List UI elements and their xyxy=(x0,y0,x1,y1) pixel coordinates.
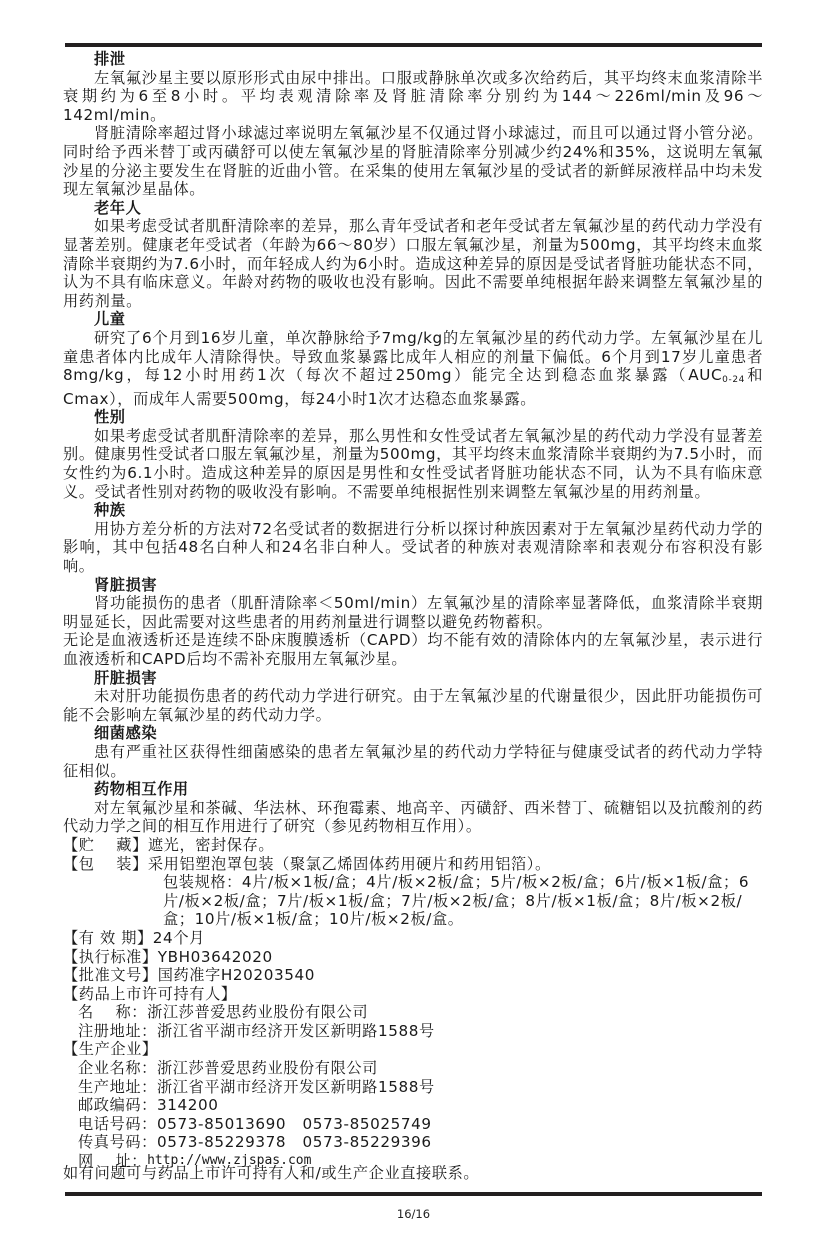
section-title-interactions: 药物相互作用 xyxy=(63,780,763,799)
kv-label: 邮政编码： xyxy=(78,1096,157,1115)
kv-label: 名 称： xyxy=(78,1003,147,1022)
field-approval: 【批准文号】 国药准字H20203540 xyxy=(63,966,763,985)
field-value: YBH03642020 xyxy=(158,948,763,967)
field-label: 【包 装】 xyxy=(63,855,148,874)
kv-value: 浙江莎普爱思药业股份有限公司 xyxy=(157,1059,378,1078)
paragraph: 无论是血液透析还是连续不卧床腹膜透析（CAPD）均不能有效的清除体内的左氧氟沙星… xyxy=(63,631,763,668)
text: 研究了6个月到16岁儿童，单次静脉给予7mg/kg的左氧氟沙星的药代动力学。左氧… xyxy=(63,329,763,384)
field-value: 遮光，密封保存。 xyxy=(148,836,763,855)
kv-label: 电话号码： xyxy=(78,1115,157,1134)
section-title-elderly: 老年人 xyxy=(63,199,763,218)
document-body: 排泄 左氧氟沙星主要以原形形式由尿中排出。口服或静脉单次或多次给药后，其平均终末… xyxy=(63,50,763,1171)
section-title-renal: 肾脏损害 xyxy=(63,576,763,595)
field-label: 【有 效 期】 xyxy=(63,929,153,948)
kv-label: 生产地址： xyxy=(78,1078,157,1097)
packaging-spec: 包装规格：4片/板×1板/盒；4片/板×2板/盒；5片/板×2板/盒；6片/板×… xyxy=(63,873,763,929)
paragraph: 对左氧氟沙星和茶碱、华法林、环孢霉素、地高辛、丙磺舒、西米替丁、硫糖铝以及抗酸剂… xyxy=(63,799,763,836)
kv-value: 浙江莎普爱思药业股份有限公司 xyxy=(147,1003,368,1022)
kv-value: 314200 xyxy=(157,1096,219,1115)
paragraph: 如果考虑受试者肌酐清除率的差异，那么男性和女性受试者左氧氟沙星的药代动力学没有显… xyxy=(63,427,763,501)
paragraph: 肾脏清除率超过肾小球滤过率说明左氧氟沙星不仅通过肾小球滤过，而且可以通过肾小管分… xyxy=(63,124,763,198)
field-value: 国药准字H20203540 xyxy=(158,966,763,985)
paragraph: 肾功能损伤的患者（肌酐清除率＜50ml/min）左氧氟沙星的清除率显著降低，血浆… xyxy=(63,594,763,631)
field-storage: 【贮 藏】 遮光，密封保存。 xyxy=(63,836,763,855)
field-label: 【批准文号】 xyxy=(63,966,158,985)
manufacturer-heading: 【生产企业】 xyxy=(63,1040,763,1059)
field-label: 【贮 藏】 xyxy=(63,836,148,855)
field-value: 24个月 xyxy=(153,929,763,948)
paragraph: 用协方差分析的方法对72名受试者的数据进行分析以探讨种族因素对于左氧氟沙星药代动… xyxy=(63,520,763,576)
page-number: 16/16 xyxy=(0,1207,827,1221)
auc-subscript: 0-24 xyxy=(722,375,745,385)
top-rule xyxy=(65,43,762,47)
contact-note: 如有问题可与药品上市许可持有人和/或生产企业直接联系。 xyxy=(63,1162,479,1183)
kv-value: 浙江省平湖市经济开发区新明路1588号 xyxy=(157,1078,435,1097)
manufacturer-postcode: 邮政编码： 314200 xyxy=(63,1096,763,1115)
kv-label: 注册地址： xyxy=(78,1022,157,1041)
kv-label: 企业名称： xyxy=(78,1059,157,1078)
manufacturer-address: 生产地址： 浙江省平湖市经济开发区新明路1588号 xyxy=(63,1078,763,1097)
section-title-gender: 性别 xyxy=(63,408,763,427)
paragraph: 左氧氟沙星主要以原形形式由尿中排出。口服或静脉单次或多次给药后，其平均终末血浆清… xyxy=(63,69,763,125)
kv-label: 传真号码： xyxy=(78,1133,157,1152)
manufacturer-phone: 电话号码： 0573-85013690 0573-85025749 xyxy=(63,1115,763,1134)
manufacturer-fax: 传真号码： 0573-85229378 0573-85229396 xyxy=(63,1133,763,1152)
manufacturer-name: 企业名称： 浙江莎普爱思药业股份有限公司 xyxy=(63,1059,763,1078)
field-value: 采用铝塑泡罩包装（聚氯乙烯固体药用硬片和药用铝箔）。 xyxy=(148,855,763,874)
section-title-children: 儿童 xyxy=(63,310,763,329)
field-validity: 【有 效 期】 24个月 xyxy=(63,929,763,948)
section-title-race: 种族 xyxy=(63,501,763,520)
paragraph: 未对肝功能损伤患者的药代动力学进行研究。由于左氧氟沙星的代谢量很少，因此肝功能损… xyxy=(63,687,763,724)
kv-value: 0573-85229378 0573-85229396 xyxy=(157,1133,432,1152)
paragraph: 患有严重社区获得性细菌感染的患者左氧氟沙星的药代动力学特征与健康受试者的药代动力… xyxy=(63,743,763,780)
section-title-infection: 细菌感染 xyxy=(63,724,763,743)
paragraph-children: 研究了6个月到16岁儿童，单次静脉给予7mg/kg的左氧氟沙星的药代动力学。左氧… xyxy=(63,329,763,408)
field-packaging: 【包 装】 采用铝塑泡罩包装（聚氯乙烯固体药用硬片和药用铝箔）。 xyxy=(63,855,763,874)
section-title-excretion: 排泄 xyxy=(63,50,763,69)
holder-heading: 【药品上市许可持有人】 xyxy=(63,985,763,1004)
kv-value: 浙江省平湖市经济开发区新明路1588号 xyxy=(157,1022,435,1041)
section-title-hepatic: 肝脏损害 xyxy=(63,669,763,688)
field-label: 【执行标准】 xyxy=(63,948,158,967)
bottom-rule xyxy=(65,1192,762,1196)
field-standard: 【执行标准】 YBH03642020 xyxy=(63,948,763,967)
holder-name: 名 称： 浙江莎普爱思药业股份有限公司 xyxy=(63,1003,763,1022)
holder-address: 注册地址： 浙江省平湖市经济开发区新明路1588号 xyxy=(63,1022,763,1041)
kv-value: 0573-85013690 0573-85025749 xyxy=(157,1115,432,1134)
paragraph: 如果考虑受试者肌酐清除率的差异，那么青年受试者和老年受试者左氧氟沙星的药代动力学… xyxy=(63,217,763,310)
